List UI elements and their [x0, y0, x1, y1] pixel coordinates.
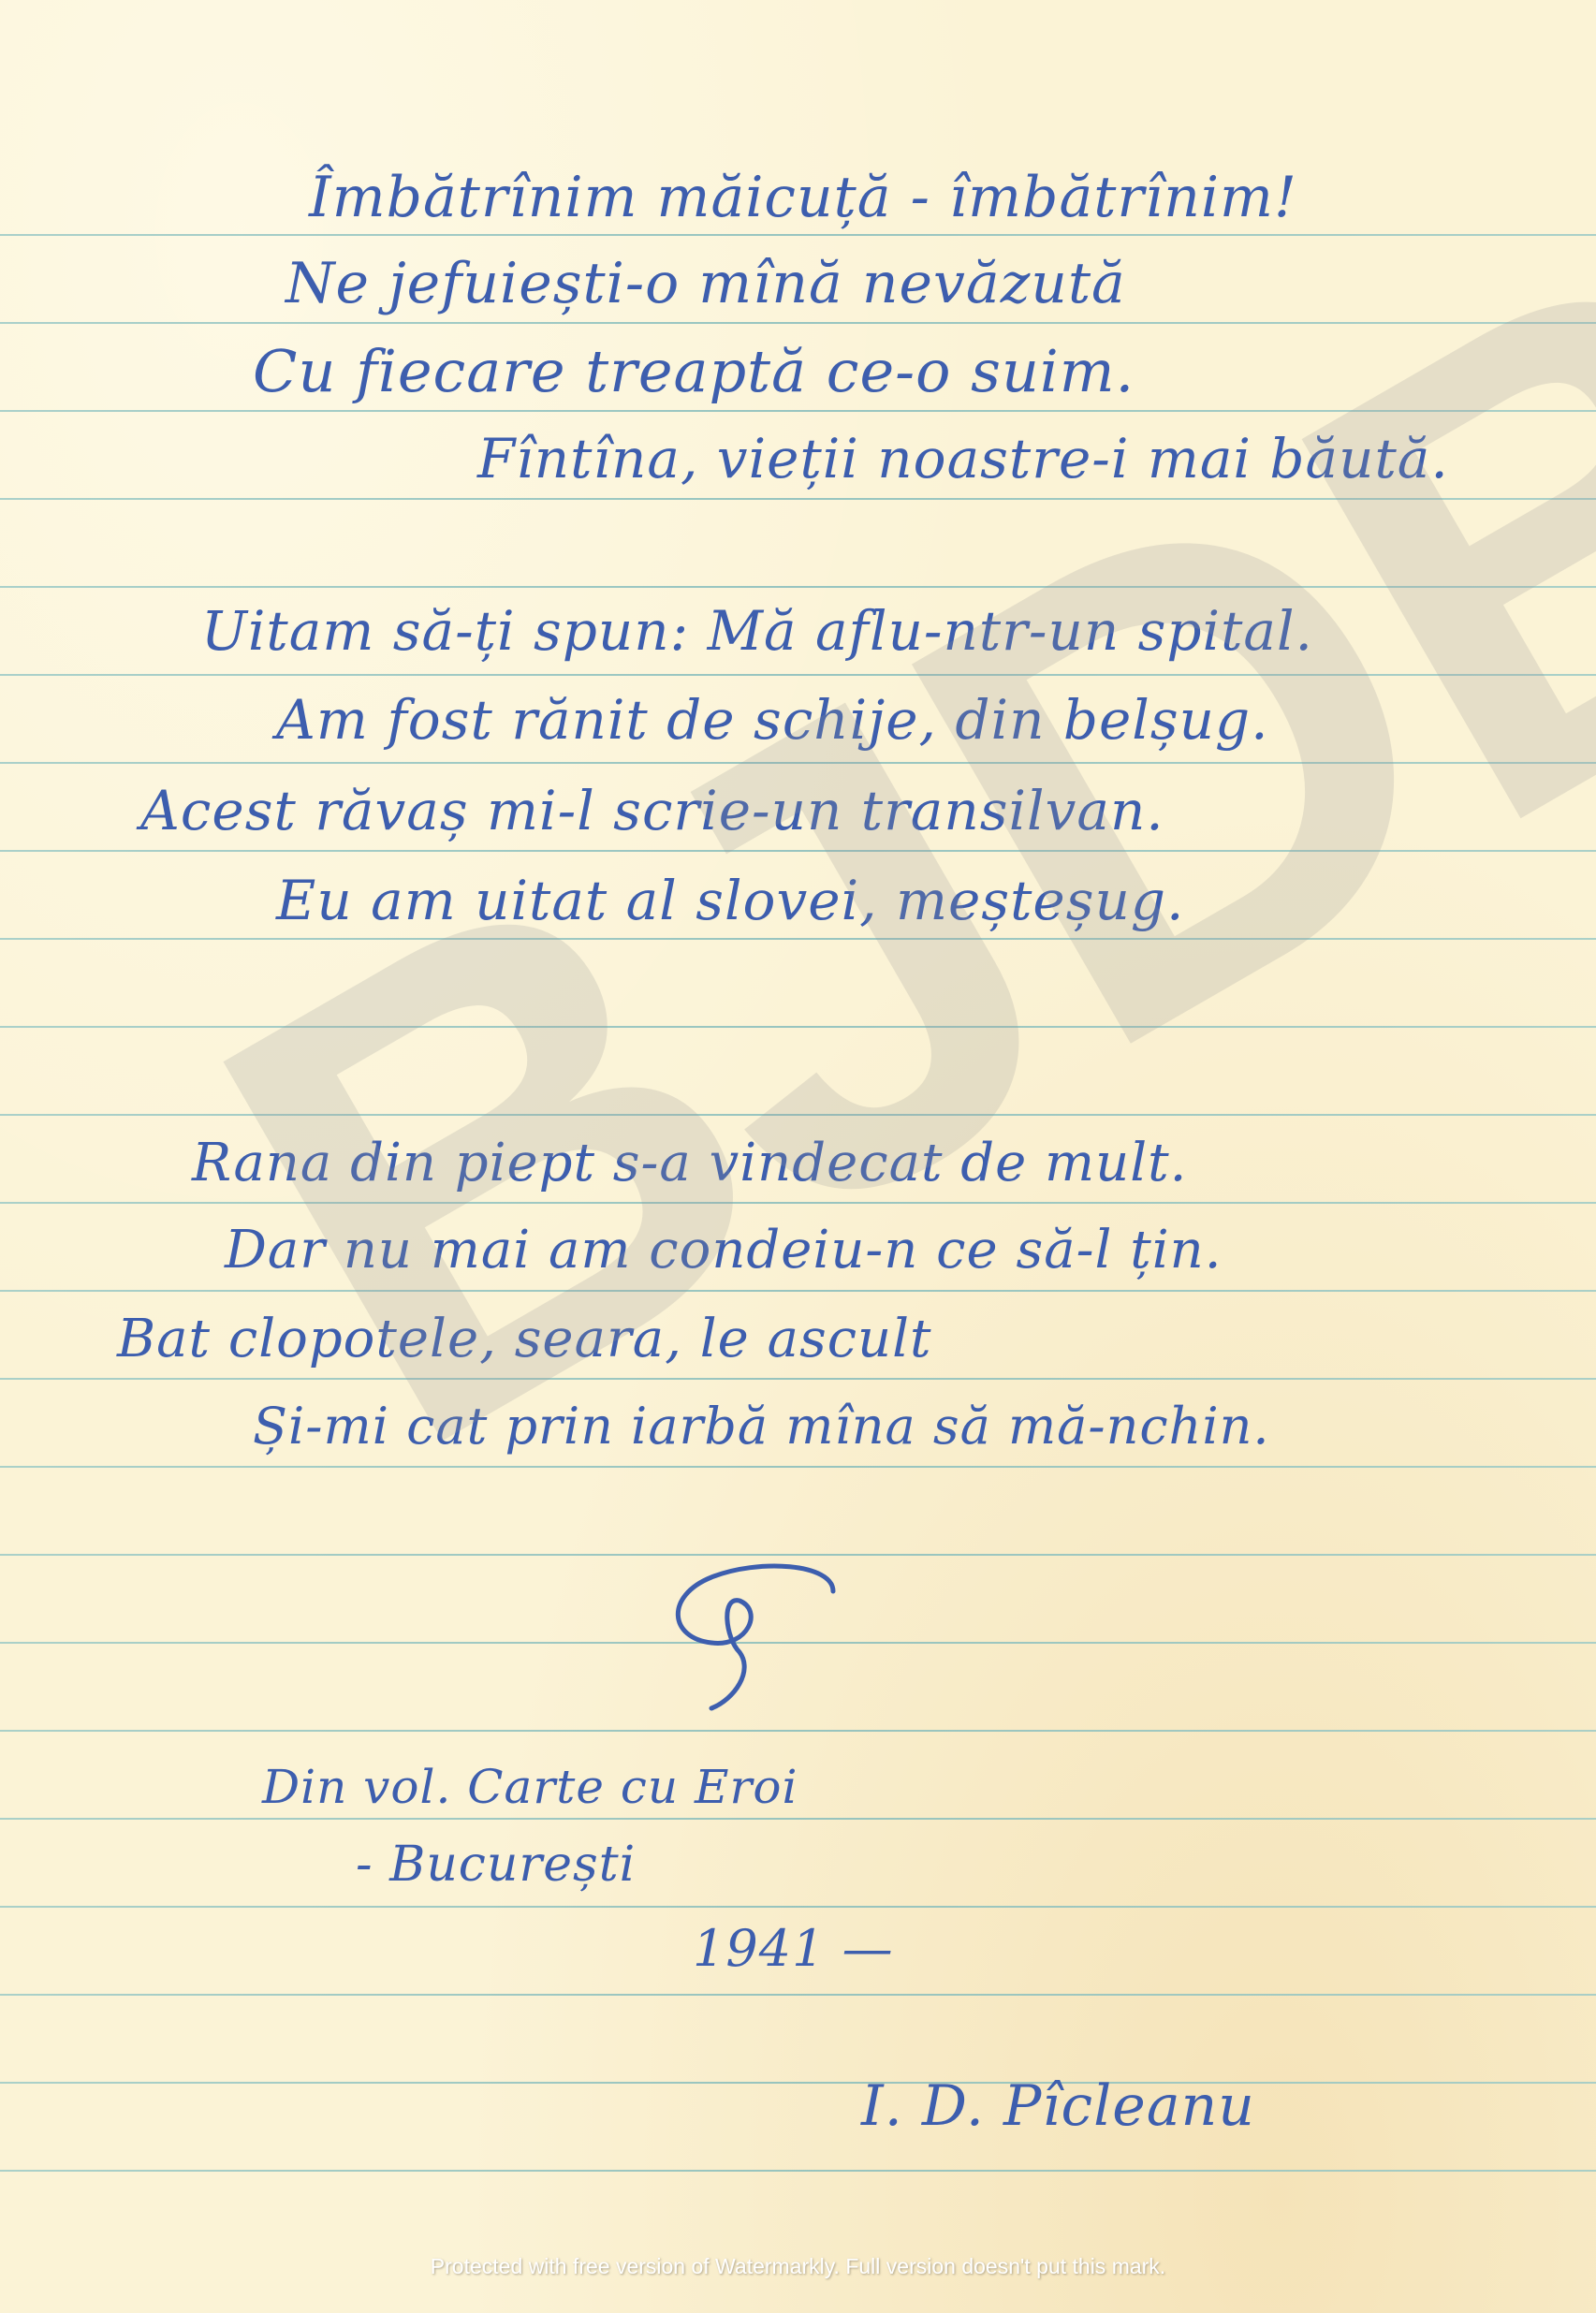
poem-line: Eu am uitat al slovei, meșteșug. — [276, 869, 1184, 932]
ruled-line — [0, 1114, 1596, 1116]
ruled-line — [0, 1290, 1596, 1292]
author-signature: I. D. Pîcleanu — [861, 2073, 1255, 2139]
poem-line: Cu fiecare treaptă ce-o suim. — [253, 337, 1135, 405]
ruled-line — [0, 1994, 1596, 1996]
source-volume: Din vol. Carte cu Eroi — [262, 1760, 798, 1814]
ruled-line — [0, 586, 1596, 588]
poem-line: Fîntîna, vieții noastre-i mai băută. — [477, 427, 1449, 490]
poem-line: Am fost rănit de schije, din belșug. — [276, 688, 1269, 752]
ruled-line — [0, 1818, 1596, 1820]
ruled-line — [0, 850, 1596, 852]
poem-line: Uitam să-ți spun: Mă aflu-ntr-un spital. — [201, 599, 1313, 663]
ruled-line — [0, 1202, 1596, 1204]
poem-line: Bat clopotele, seara, le ascult — [117, 1309, 932, 1369]
ruled-line — [0, 1466, 1596, 1468]
ruled-line — [0, 1378, 1596, 1380]
ruled-line — [0, 762, 1596, 764]
poem-line: Ne jefuiești-o mînă nevăzută — [286, 251, 1126, 316]
ruled-line — [0, 410, 1596, 412]
ruled-line — [0, 498, 1596, 500]
poem-line: Dar nu mai am condeiu-n ce să-l țin. — [225, 1220, 1223, 1281]
ruled-line — [0, 2170, 1596, 2172]
source-year: 1941 — — [693, 1919, 894, 1978]
ruled-line — [0, 938, 1596, 940]
poem-line: Îmbătrînim măicuță - îmbătrînim! — [309, 165, 1297, 230]
poem-line: Rana din piept s-a vindecat de mult. — [192, 1133, 1187, 1193]
source-city: - București — [356, 1837, 636, 1893]
footer-watermark: Protected with free version of Watermark… — [0, 2254, 1596, 2279]
ruled-line — [0, 1730, 1596, 1732]
manuscript-page: Îmbătrînim măicuță - îmbătrînim! Ne jefu… — [0, 0, 1596, 2313]
flourish-mark-icon — [646, 1554, 861, 1713]
ruled-line — [0, 2082, 1596, 2084]
ruled-line — [0, 1026, 1596, 1028]
poem-line: Și-mi cat prin iarbă mîna să mă-nchin. — [253, 1397, 1270, 1456]
ruled-line — [0, 234, 1596, 236]
ruled-line — [0, 1906, 1596, 1908]
ruled-line — [0, 322, 1596, 324]
poem-line: Acest răvaș mi-l scrie-un transilvan. — [140, 779, 1164, 842]
ruled-line — [0, 674, 1596, 676]
